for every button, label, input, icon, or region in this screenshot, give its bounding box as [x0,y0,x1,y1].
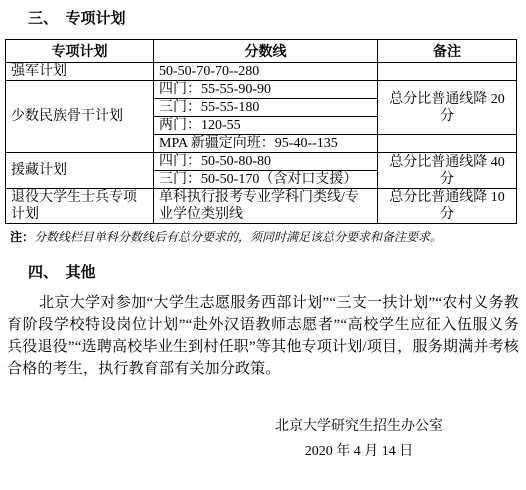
note-tibet: 总分比普通线降 40 分 [378,153,517,189]
score-veteran: 单科执行报考专业学科门类线/专业学位类别线 [154,189,378,224]
note-minority: 总分比普通线降 20 分 [378,81,517,135]
table-row: 退役大学生士兵专项计划 单科执行报考专业学科门类线/专业学位类别线 总分比普通线… [6,189,517,224]
note-qiangjun-empty [378,63,517,81]
score-qiangjun: 50-50-70-70--280 [154,63,378,81]
note-veteran: 总分比普通线降 10 分 [378,189,517,224]
plan-veteran: 退役大学生士兵专项计划 [6,189,154,224]
table-header-row: 专项计划 分数线 备注 [6,40,517,63]
section-three-title: 三、 专项计划 [0,0,526,29]
table-row: 援藏计划 四门：50-50-80-80 总分比普通线降 40 分 [6,153,517,171]
table-row: 强军计划 50-50-70-70--280 [6,63,517,81]
footnote-text: 分数线栏目单科分数线后有总分要求的，须同时满足该总分要求和备注要求。 [34,230,442,244]
signature-office: 北京大学研究生招生办公室 [240,414,478,439]
table-footnote: 注：分数线栏目单科分数线后有总分要求的，须同时满足该总分要求和备注要求。 [10,230,526,245]
plan-tibet: 援藏计划 [6,153,154,189]
score-tibet-3men: 三门：50-50-170（含对口支援） [154,171,378,189]
document-page: 三、 专项计划 专项计划 分数线 备注 强军计划 50-50-70-70--28… [0,0,526,490]
score-minority-2men: 两门：120-55 [154,117,378,135]
score-minority-mpa: MPA 新疆定向班：95-40--135 [154,135,378,153]
header-score: 分数线 [154,40,378,63]
score-minority-4men: 四门：55-55-90-90 [154,81,378,99]
plan-minority: 少数民族骨干计划 [6,81,154,153]
header-plan: 专项计划 [6,40,154,63]
plan-qiangjun: 强军计划 [6,63,154,81]
header-note: 备注 [378,40,517,63]
section-four-title: 四、 其他 [0,245,526,283]
signature-date: 2020 年 4 月 14 日 [240,439,478,464]
score-tibet-4men: 四门：50-50-80-80 [154,153,378,171]
footnote-label: 注： [10,230,34,244]
signature-block: 北京大学研究生招生办公室 2020 年 4 月 14 日 [240,414,478,464]
other-policy-paragraph: 北京大学对参加“大学生志愿服务西部计划”“三支一扶计划”“农村义务教育阶段学校特… [7,292,519,380]
score-minority-3men: 三门：55-55-180 [154,99,378,117]
note-mpa-empty [378,135,517,153]
special-plans-table: 专项计划 分数线 备注 强军计划 50-50-70-70--280 少数民族骨干… [5,39,517,224]
table-row: 少数民族骨干计划 四门：55-55-90-90 总分比普通线降 20 分 [6,81,517,99]
